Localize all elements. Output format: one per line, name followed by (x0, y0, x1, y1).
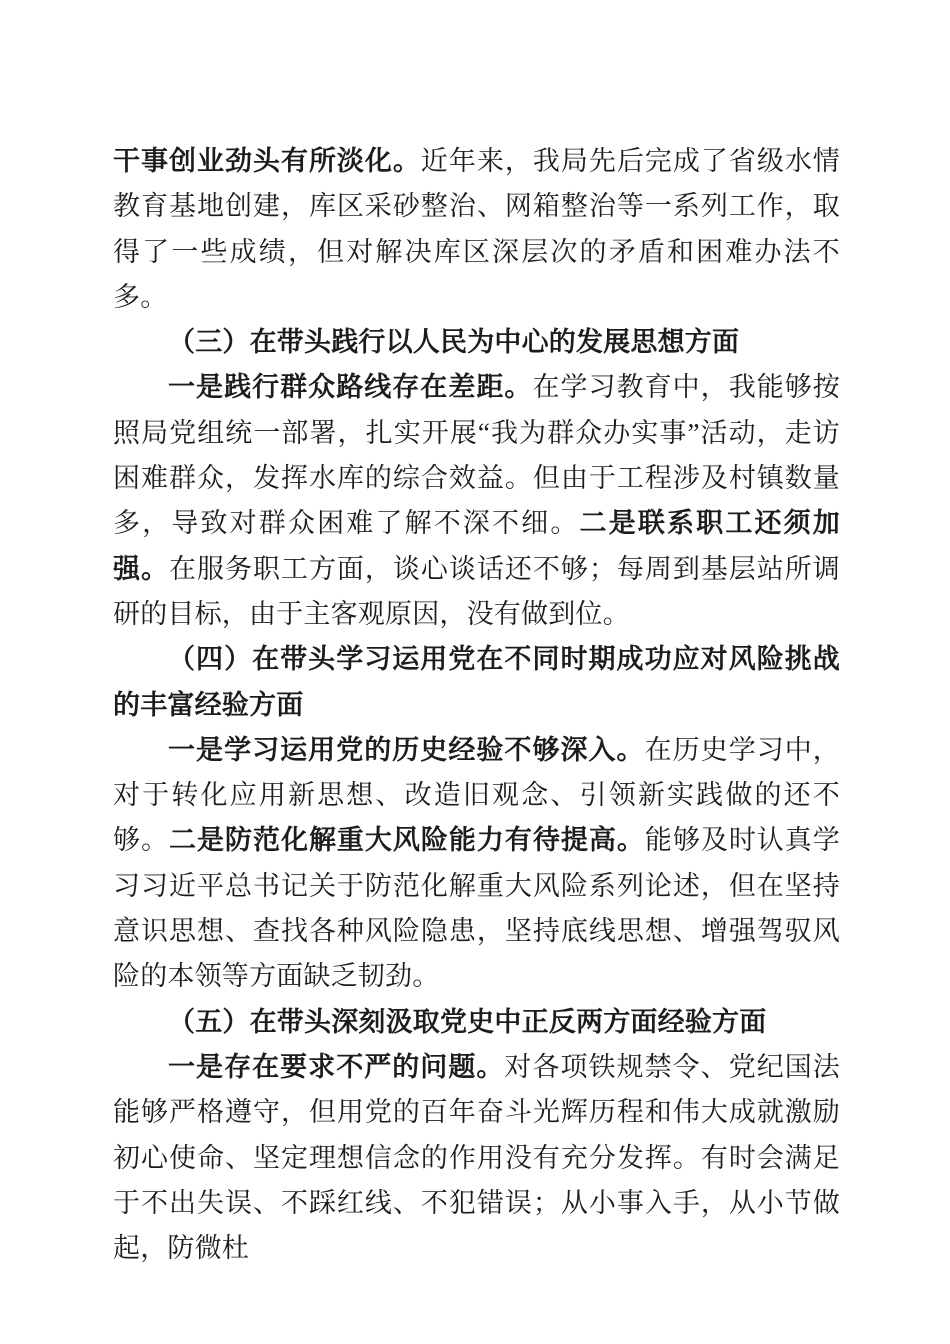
text-run: 在服务职工方面，谈心谈话还不够；每周到基层站所调研的目标，由于主客观原因，没有做… (113, 554, 840, 629)
paragraph-section-four: 一是学习运用党的历史经验不够深入。在历史学习中，对于转化应用新思想、改造旧观念、… (113, 728, 840, 1000)
text-run-bold: 一是存在要求不严的问题。 (168, 1052, 504, 1082)
text-run-bold: 一是践行群众路线存在差距。 (168, 372, 532, 402)
paragraph-section-three: 一是践行群众路线存在差距。在学习教育中，我能够按照局党组统一部署，扎实开展“我为… (113, 365, 840, 637)
paragraph-continuation: 干事创业劲头有所淡化。近年来，我局先后完成了省级水情教育基地创建，库区采砂整治、… (113, 139, 840, 320)
heading-text: （三）在带头践行以人民为中心的发展思想方面 (168, 327, 739, 357)
text-run-bold: 干事创业劲头有所淡化。 (113, 146, 421, 176)
text-run-bold: 二是防范化解重大风险能力有待提高。 (169, 825, 645, 855)
document-page: 干事创业劲头有所淡化。近年来，我局先后完成了省级水情教育基地创建，库区采砂整治、… (0, 0, 950, 1344)
text-run: 对各项铁规禁令、党纪国法能够严格遵守，但用党的百年奋斗光辉历程和伟大成就激励初心… (113, 1052, 840, 1263)
paragraph-section-five: 一是存在要求不严的问题。对各项铁规禁令、党纪国法能够严格遵守，但用党的百年奋斗光… (113, 1045, 840, 1271)
text-run-bold: 一是学习运用党的历史经验不够深入。 (168, 735, 645, 765)
section-heading-three: （三）在带头践行以人民为中心的发展思想方面 (113, 320, 840, 365)
section-heading-five: （五）在带头深刻汲取党史中正反两方面经验方面 (113, 1000, 840, 1045)
heading-text: （五）在带头深刻汲取党史中正反两方面经验方面 (168, 1007, 766, 1037)
section-heading-four: （四）在带头学习运用党在不同时期成功应对风险挑战的丰富经验方面 (113, 637, 840, 728)
heading-text: （四）在带头学习运用党在不同时期成功应对风险挑战的丰富经验方面 (113, 644, 840, 719)
